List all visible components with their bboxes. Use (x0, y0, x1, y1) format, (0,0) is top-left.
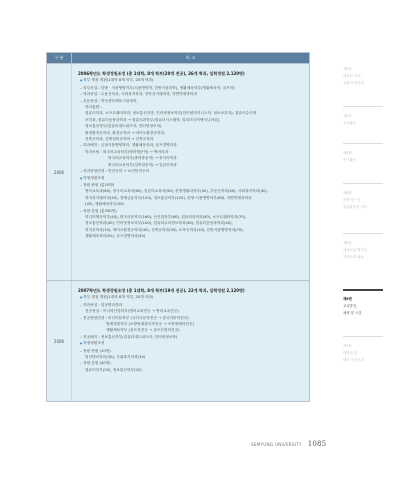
chapter-title: 체제 및 시설 (343, 310, 383, 317)
list-item: 생활체육학과(50), 골프경영학과(40) (78, 233, 303, 239)
list-item: 컴퓨터학부(20), 정보통신학부(20) (78, 367, 303, 373)
history-table: 구 분 비 고 2006 2006학년도 학생정원조정 (총 1대학, 8개 학… (46, 52, 310, 402)
chapter-title: 교훈의 발자취 (343, 80, 383, 87)
chapter-title: 대외교류·협력과 (343, 247, 383, 254)
chapter-number: 제3편 (343, 150, 383, 157)
header-category: 구 분 (47, 53, 72, 63)
chapter-number: 제2편 (343, 113, 383, 120)
bullet-item: ● 학부 명칭 개편(1대학 8개 학부, 20개 학과) (78, 294, 303, 301)
chapter-divider (343, 233, 383, 234)
row-remarks: 2006학년도 학생정원조정 (총 1대학, 8개 학부(20개 전공), 26… (72, 64, 309, 280)
page-number: 1085 (308, 440, 327, 448)
row-remarks: 2007학년도 학생정원조정 (총 1대학, 8개 학부(19개 전공), 22… (72, 281, 309, 401)
row-year: 2006 (47, 281, 72, 401)
chapter-link[interactable]: 제3편연구활동 (343, 150, 383, 164)
chapter-title: 대학 부속기관 (343, 357, 383, 364)
chapter-title: 대학원 및 (343, 350, 383, 357)
chapter-title: 학생지구 및 (343, 197, 383, 204)
chapter-title: 교육활동 (343, 120, 383, 127)
chapter-title: 연구활동 (343, 157, 383, 164)
university-name: SEMYUNG UNIVERSITY (251, 442, 302, 447)
chapter-title: 지역사회 활동 (343, 254, 383, 261)
chapter-title: 대학의 역사_ (343, 73, 383, 80)
chapter-divider (343, 183, 383, 184)
chapter-divider (343, 289, 383, 291)
chapter-number: 제1편 (343, 66, 383, 73)
chapter-title: 교육발전, (343, 303, 383, 310)
chapter-link[interactable]: 제7편대학원 및대학 부속기관 (343, 343, 383, 363)
table-row: 2006 2007학년도 학생정원조정 (총 1대학, 8개 학부(19개 전공… (47, 280, 309, 401)
table-row: 2006 2006학년도 학생정원조정 (총 1대학, 8개 학부(20개 전공… (47, 63, 309, 280)
row-year: 2006 (47, 64, 72, 280)
chapter-number: 제6편 (343, 296, 383, 303)
page-footer: SEMYUNG UNIVERSITY 1085 (251, 440, 326, 448)
chapter-link[interactable]: 제6편교육발전,체제 및 시설 (343, 296, 383, 316)
chapter-number: 제5편 (343, 240, 383, 247)
chapter-divider (343, 143, 383, 144)
bullet-item: ● 학생정원조정 (78, 340, 303, 347)
header-remarks: 비 고 (72, 55, 309, 61)
chapter-number: 제7편 (343, 343, 383, 350)
chapter-link[interactable]: 제4편학생지구 및취업활동과 지도 (343, 190, 383, 210)
chapter-link[interactable]: 제1편대학의 역사_교훈의 발자취 (343, 66, 383, 86)
chapter-divider (343, 336, 383, 337)
chapter-link[interactable]: 제2편교육활동 (343, 113, 383, 127)
chapter-title: 취업활동과 지도 (343, 204, 383, 211)
bullet-item: ● 학부 명칭 개편(1대학 8개 학부, 20개 학과) (78, 77, 303, 84)
chapter-divider (343, 106, 383, 107)
table-header: 구 분 비 고 (47, 53, 309, 63)
bullet-item: ● 학생정원조정 (78, 175, 303, 182)
chapter-link[interactable]: 제5편대외교류·협력과지역사회 활동 (343, 240, 383, 260)
chapter-number: 제4편 (343, 190, 383, 197)
